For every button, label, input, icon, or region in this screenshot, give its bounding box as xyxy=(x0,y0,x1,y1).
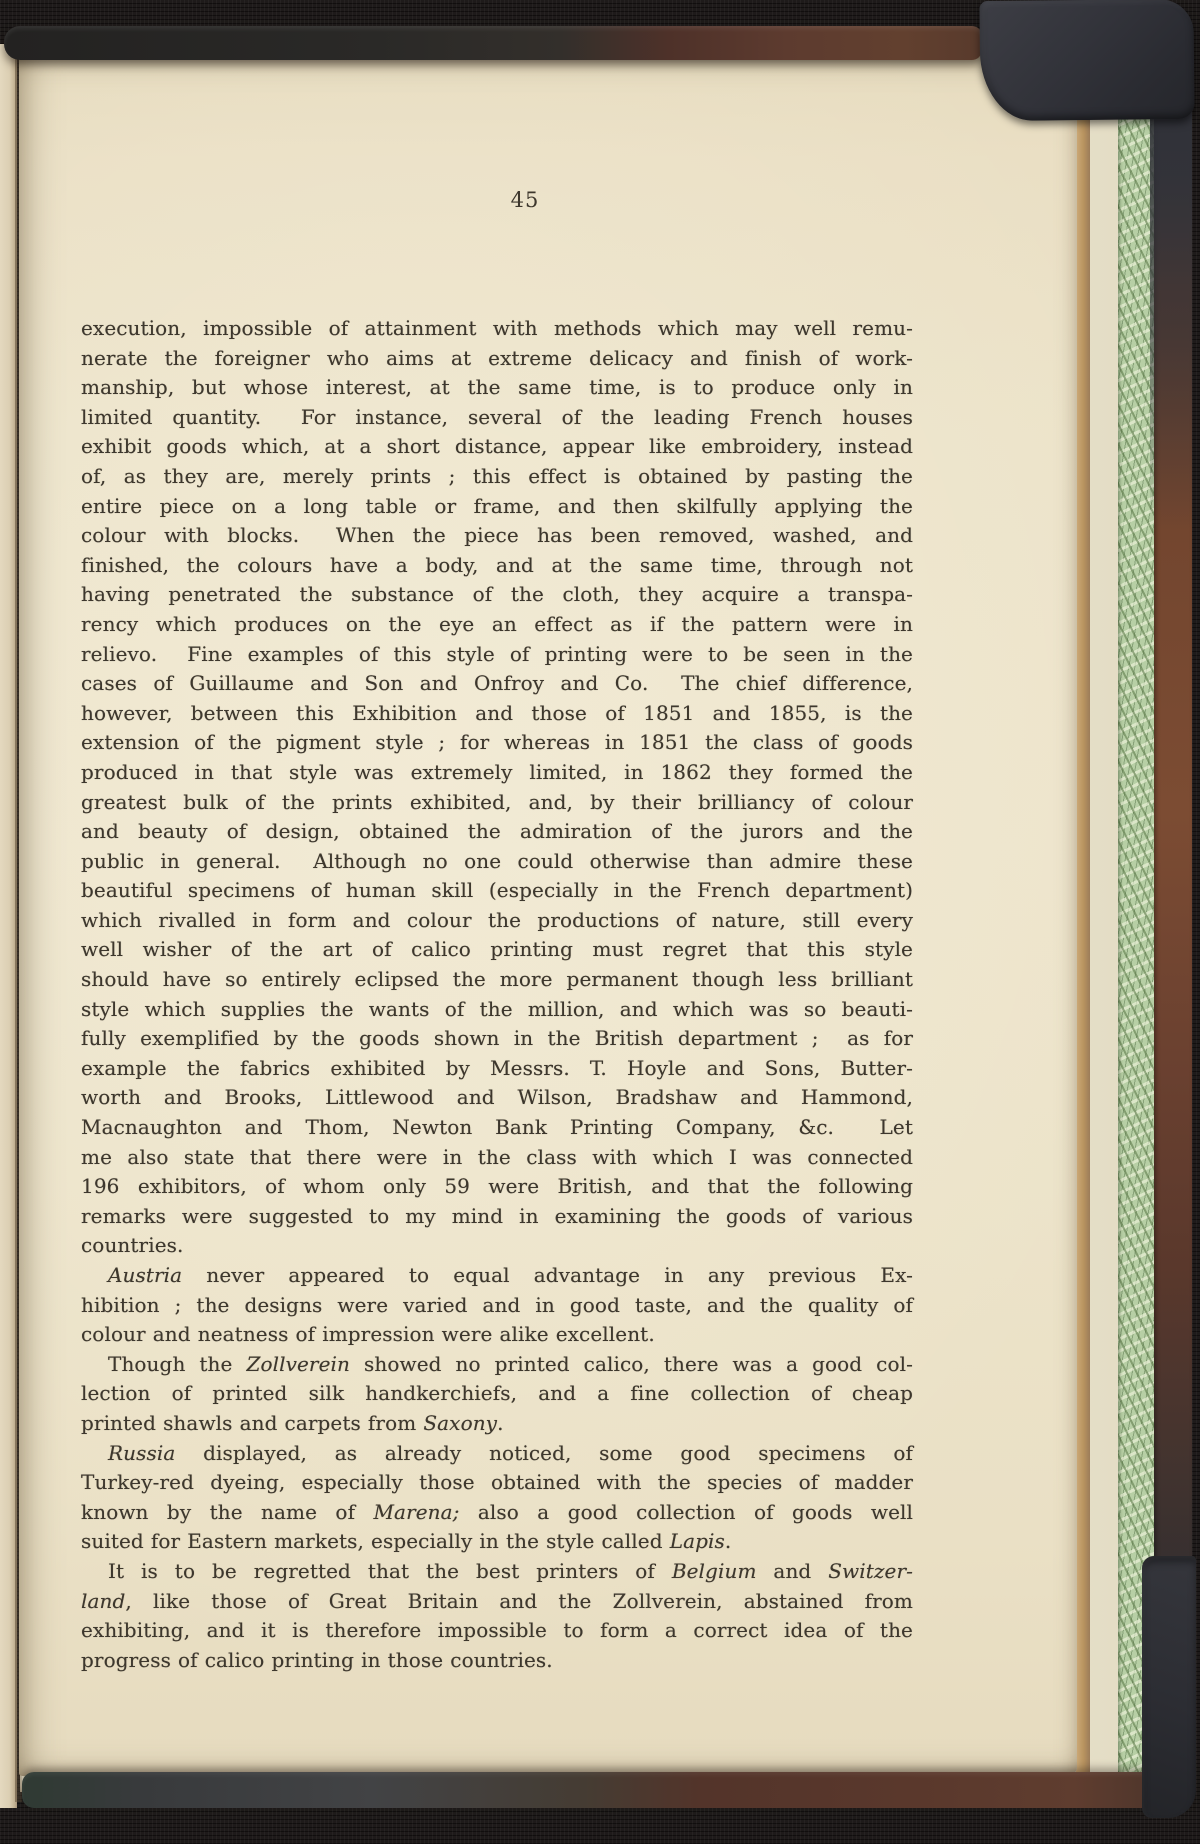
text-line: manship, but whose interest, at the same… xyxy=(81,373,913,403)
text-run: printed shawls and carpets from xyxy=(81,1411,423,1435)
text-run: beautiful specimens of human skill (espe… xyxy=(81,878,913,902)
text-line: entire piece on a long table or frame, a… xyxy=(81,492,913,522)
italic-run: Saxony xyxy=(423,1411,497,1435)
text-line: Turkey-red dyeing, especially those obta… xyxy=(81,1468,913,1498)
text-run: extension of the pigment style ; for whe… xyxy=(81,730,913,754)
italic-run: Belgium xyxy=(672,1559,757,1583)
scanned-book-page: 45 execution, impossible of attainment w… xyxy=(0,0,1200,1844)
text-line: known by the name of Marena; also a good… xyxy=(81,1498,913,1528)
text-run: never appeared to equal advantage in any… xyxy=(182,1263,913,1287)
text-run: cases of Guillaume and Son and Onfroy an… xyxy=(81,671,913,695)
text-line: finished, the colours have a body, and a… xyxy=(81,551,913,581)
text-run: rency which produces on the eye an effec… xyxy=(81,612,913,636)
text-run: greatest bulk of the prints exhibited, a… xyxy=(81,790,913,814)
text-line: Russia displayed, as already noticed, so… xyxy=(81,1439,913,1469)
text-run: produced in that style was extremely lim… xyxy=(81,760,913,784)
text-run: nerate the foreigner who aims at extreme… xyxy=(81,346,913,370)
text-run: . xyxy=(497,1411,503,1435)
text-run: progress of calico printing in those cou… xyxy=(81,1648,553,1672)
book-page: 45 execution, impossible of attainment w… xyxy=(19,54,1077,1776)
text-run: worth and Brooks, Littlewood and Wilson,… xyxy=(81,1085,913,1109)
text-line: well wisher of the art of calico printin… xyxy=(81,935,913,965)
text-line: style which supplies the wants of the mi… xyxy=(81,995,913,1025)
text-run: Macnaughton and Thom, Newton Bank Printi… xyxy=(81,1115,913,1139)
text-line: example the fabrics exhibited by Messrs.… xyxy=(81,1054,913,1084)
text-run: , like those of Great Britain and the Zo… xyxy=(125,1589,913,1613)
text-run: remarks were suggested to my mind in exa… xyxy=(81,1204,913,1228)
text-line: produced in that style was extremely lim… xyxy=(81,758,913,788)
text-line: greatest bulk of the prints exhibited, a… xyxy=(81,788,913,818)
italic-run: Marena; xyxy=(373,1500,459,1524)
text-run: showed no printed calico, there was a go… xyxy=(350,1352,913,1376)
text-line: Austria never appeared to equal advantag… xyxy=(81,1261,913,1291)
text-run: limited quantity. For instance, several … xyxy=(81,405,913,429)
text-run: Turkey-red dyeing, especially those obta… xyxy=(81,1470,913,1494)
text-line: beautiful specimens of human skill (espe… xyxy=(81,876,913,906)
text-run: fully exemplified by the goods shown in … xyxy=(81,1026,913,1050)
text-run: It is to be regretted that the best prin… xyxy=(108,1559,672,1583)
text-line: exhibit goods which, at a short distance… xyxy=(81,432,913,462)
italic-run: Switzer- xyxy=(828,1559,913,1583)
text-run: Though the xyxy=(108,1352,246,1376)
text-line: Macnaughton and Thom, Newton Bank Printi… xyxy=(81,1113,913,1143)
text-line: progress of calico printing in those cou… xyxy=(81,1646,913,1676)
text-line: colour with blocks. When the piece has b… xyxy=(81,521,913,551)
text-line: 196 exhibitors, of whom only 59 were Bri… xyxy=(81,1172,913,1202)
text-line: It is to be regretted that the best prin… xyxy=(81,1557,913,1587)
text-line: which rivalled in form and colour the pr… xyxy=(81,906,913,936)
paragraph: It is to be regretted that the best prin… xyxy=(81,1557,913,1675)
paragraph: Though the Zollverein showed no printed … xyxy=(81,1350,913,1439)
text-run: having penetrated the substance of the c… xyxy=(81,582,913,606)
text-block: execution, impossible of attainment with… xyxy=(81,314,913,1675)
text-run: countries. xyxy=(81,1233,183,1257)
text-run: . xyxy=(725,1529,731,1553)
text-run: and beauty of design, obtained the admir… xyxy=(81,819,913,843)
text-run: suited for Eastern markets, especially i… xyxy=(81,1529,670,1553)
paragraph: Austria never appeared to equal advantag… xyxy=(81,1261,913,1350)
text-line: worth and Brooks, Littlewood and Wilson,… xyxy=(81,1083,913,1113)
text-line: rency which produces on the eye an effec… xyxy=(81,610,913,640)
text-line: countries. xyxy=(81,1231,913,1261)
italic-run: land xyxy=(81,1589,125,1613)
text-run: displayed, as already noticed, some good… xyxy=(175,1441,913,1465)
text-line: extension of the pigment style ; for whe… xyxy=(81,728,913,758)
text-run: manship, but whose interest, at the same… xyxy=(81,375,913,399)
text-run: colour with blocks. When the piece has b… xyxy=(81,523,913,547)
text-run: 196 exhibitors, of whom only 59 were Bri… xyxy=(81,1174,913,1198)
paragraph: Russia displayed, as already noticed, so… xyxy=(81,1439,913,1557)
leather-corner-shade xyxy=(1150,90,1192,530)
text-line: cases of Guillaume and Son and Onfroy an… xyxy=(81,669,913,699)
text-line: land, like those of Great Britain and th… xyxy=(81,1587,913,1617)
spine-edge-bottom xyxy=(22,1772,1192,1808)
paragraph: execution, impossible of attainment with… xyxy=(81,314,913,1261)
text-line: however, between this Exhibition and tho… xyxy=(81,699,913,729)
text-line: having penetrated the substance of the c… xyxy=(81,580,913,610)
leather-corner-bottom-right xyxy=(1142,1556,1196,1818)
text-line: me also state that there were in the cla… xyxy=(81,1143,913,1173)
text-run: exhibiting, and it is therefore impossib… xyxy=(81,1618,913,1642)
text-run: execution, impossible of attainment with… xyxy=(81,316,913,340)
text-run: me also state that there were in the cla… xyxy=(81,1145,913,1169)
text-run: well wisher of the art of calico printin… xyxy=(81,937,913,961)
text-line: nerate the foreigner who aims at extreme… xyxy=(81,344,913,374)
text-line: suited for Eastern markets, especially i… xyxy=(81,1527,913,1557)
text-line: of, as they are, merely prints ; this ef… xyxy=(81,462,913,492)
text-line: printed shawls and carpets from Saxony. xyxy=(81,1409,913,1439)
text-run: exhibit goods which, at a short distance… xyxy=(81,434,913,458)
text-line: should have so entirely eclipsed the mor… xyxy=(81,965,913,995)
text-run: also a good collection of goods well xyxy=(460,1500,913,1524)
italic-run: Austria xyxy=(108,1263,182,1287)
text-run: of, as they are, merely prints ; this ef… xyxy=(81,464,913,488)
text-line: limited quantity. For instance, several … xyxy=(81,403,913,433)
text-run: known by the name of xyxy=(81,1500,373,1524)
text-run: entire piece on a long table or frame, a… xyxy=(81,494,913,518)
text-line: execution, impossible of attainment with… xyxy=(81,314,913,344)
text-line: hibition ; the designs were varied and i… xyxy=(81,1291,913,1321)
text-line: remarks were suggested to my mind in exa… xyxy=(81,1202,913,1232)
text-run: finished, the colours have a body, and a… xyxy=(81,553,913,577)
text-line: exhibiting, and it is therefore impossib… xyxy=(81,1616,913,1646)
italic-run: Russia xyxy=(108,1441,175,1465)
text-run: however, between this Exhibition and tho… xyxy=(81,701,913,725)
text-line: fully exemplified by the goods shown in … xyxy=(81,1024,913,1054)
page-number: 45 xyxy=(109,188,941,212)
text-run: which rivalled in form and colour the pr… xyxy=(81,908,913,932)
text-run: relievo. Fine examples of this style of … xyxy=(81,642,913,666)
text-run: style which supplies the wants of the mi… xyxy=(81,997,913,1021)
text-run: hibition ; the designs were varied and i… xyxy=(81,1293,913,1317)
text-run: colour and neatness of impression were a… xyxy=(81,1322,655,1346)
text-line: relievo. Fine examples of this style of … xyxy=(81,640,913,670)
text-line: colour and neatness of impression were a… xyxy=(81,1320,913,1350)
text-run: should have so entirely eclipsed the mor… xyxy=(81,967,913,991)
spine-edge-top xyxy=(4,26,982,60)
text-line: lection of printed silk handkerchiefs, a… xyxy=(81,1379,913,1409)
leather-corner-top-right xyxy=(979,0,1194,121)
text-run: example the fabrics exhibited by Messrs.… xyxy=(81,1056,913,1080)
text-run: lection of printed silk handkerchiefs, a… xyxy=(81,1381,913,1405)
text-line: and beauty of design, obtained the admir… xyxy=(81,817,913,847)
text-line: Though the Zollverein showed no printed … xyxy=(81,1350,913,1380)
italic-run: Lapis xyxy=(670,1529,725,1553)
text-run: public in general. Although no one could… xyxy=(81,849,913,873)
text-run: and xyxy=(757,1559,829,1583)
italic-run: Zollverein xyxy=(246,1352,350,1376)
text-line: public in general. Although no one could… xyxy=(81,847,913,877)
page-block-edge xyxy=(1076,58,1090,1778)
